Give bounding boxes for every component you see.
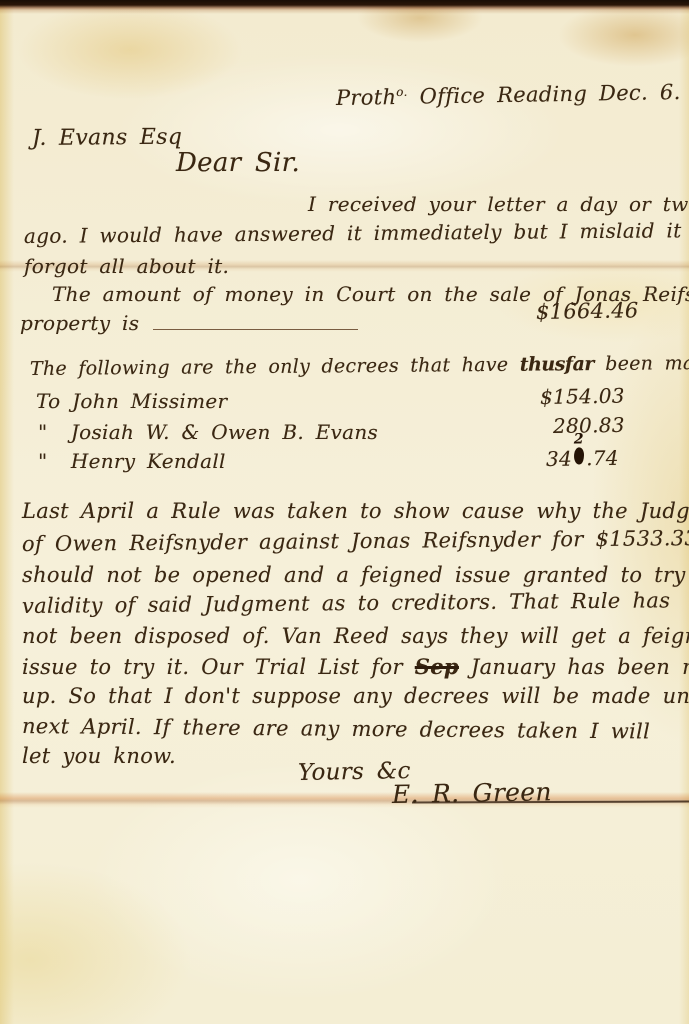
struck-word: Sep (415, 654, 459, 679)
decree-amount-corrected: 342.74 (546, 443, 619, 471)
amount-line-prefix: property is (20, 311, 139, 335)
body-line: of Owen Reifsnyder against Jonas Reifsny… (22, 526, 689, 556)
decree-name: Henry Kendall (71, 449, 226, 473)
addressee-line: J. Evans Esq (32, 125, 182, 151)
body-line: Last April a Rule was taken to show caus… (22, 499, 689, 523)
decrees-intro-post: been made (594, 352, 689, 375)
line6-post: January has been made (459, 655, 689, 679)
body-line: issue to try it. Our Trial List for Sep … (22, 654, 689, 679)
decree-name: Josiah W. & Owen B. Evans (71, 420, 378, 444)
decree-row: " Henry Kendall (38, 449, 226, 473)
decree-name: John Missimer (72, 389, 227, 413)
dateline-superscript: o. (396, 85, 408, 99)
correction-wrap: 2 (572, 443, 586, 465)
body-line: I received your letter a day or two (308, 192, 689, 216)
decree-amount: $154.03 (540, 384, 625, 409)
dateline-rest: Office Reading Dec. 6. 1855 (407, 79, 689, 109)
body-line: not been disposed of. Van Reed says they… (22, 624, 689, 648)
corrected-word: thusfar (520, 353, 594, 376)
dateline: Protho. Office Reading Dec. 6. 1855 (336, 79, 689, 110)
torn-edge-top (0, 0, 689, 14)
body-line: up. So that I don't suppose any decrees … (22, 684, 689, 708)
dateline-text: Proth (336, 85, 397, 110)
body-line: validity of said Judgment as to creditor… (22, 588, 670, 618)
amount-pre: 34 (546, 447, 572, 471)
letter-page: Protho. Office Reading Dec. 6. 1855 J. E… (0, 0, 689, 1024)
amount-post: .74 (586, 446, 619, 471)
body-line: forgot all about it. (24, 254, 229, 278)
ditto-mark: " (38, 449, 48, 473)
body-line: ago. I would have answered it immediatel… (24, 218, 689, 248)
correction-digit: 2 (574, 431, 584, 447)
decree-row: To John Missimer (36, 389, 227, 413)
body-line: next April. If there are any more decree… (22, 714, 650, 743)
decree-row: " Josiah W. & Owen B. Evans (38, 420, 378, 444)
salutation: Dear Sir. (176, 148, 300, 178)
blank-underline (153, 327, 358, 330)
decrees-intro-pre: The following are the only decrees that … (30, 354, 520, 380)
line6-pre: issue to try it. Our Trial List for (22, 655, 415, 679)
signature: E. R. Green (392, 777, 552, 809)
decree-amount: 280.83 (553, 413, 625, 438)
ink-blot (573, 447, 585, 465)
body-line: should not be opened and a feigned issue… (22, 563, 689, 587)
body-line: let you know. (22, 744, 176, 768)
decrees-intro: The following are the only decrees that … (30, 352, 689, 380)
body-line: property is (20, 311, 358, 335)
decree-prefix: To (36, 389, 60, 413)
court-amount: $1664.46 (536, 298, 639, 324)
ditto-mark: " (38, 420, 48, 444)
